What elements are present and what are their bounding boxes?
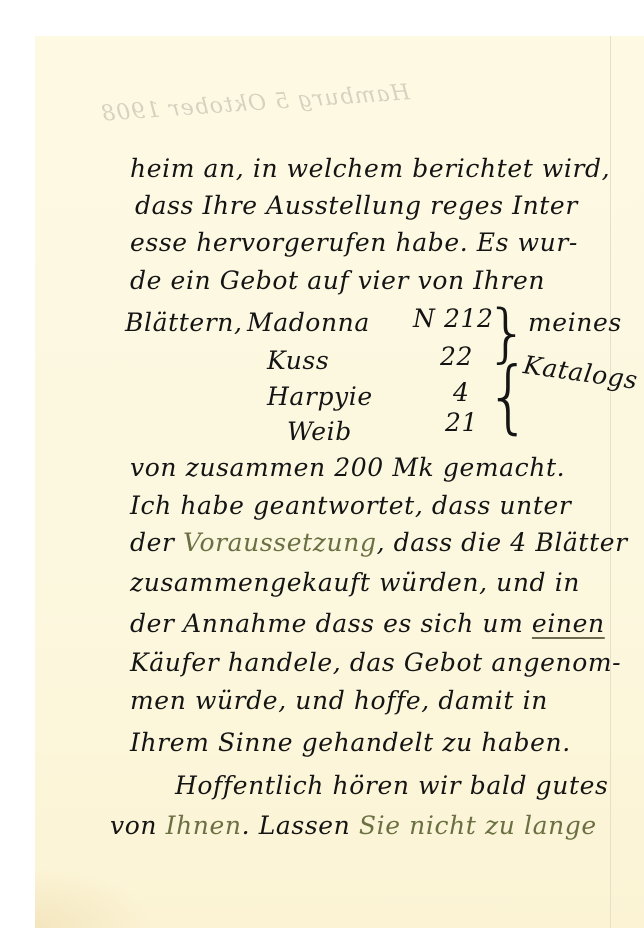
- letter-line-1: heim an, in welchem berichtet wird,: [130, 154, 610, 183]
- bleed-through-heading: Hamburg 5 Oktober 1908: [100, 80, 411, 127]
- listing-title-kuss: Kuss: [267, 346, 329, 375]
- letter-line-4: de ein Gebot auf vier von Ihren: [130, 266, 545, 295]
- letter-line-3: esse hervorgerufen habe. Es wur-: [130, 228, 578, 257]
- brace-icon-lower: }: [483, 350, 529, 442]
- listing-number-21: 21: [445, 408, 478, 437]
- letter-line-10: Käufer handele, das Gebot angenom-: [130, 648, 621, 677]
- listing-title-madonna: Madonna: [247, 308, 370, 337]
- text-der-annahme: der Annahme dass es sich um: [130, 609, 532, 638]
- letter-line-13: Hoffentlich hören wir bald gutes: [175, 771, 608, 800]
- letter-line-14: von Ihnen. Lassen Sie nicht zu lange: [110, 811, 597, 840]
- listing-number-22: 22: [440, 342, 473, 371]
- letter-line-12: Ihrem Sinne gehandelt zu haben.: [130, 728, 571, 757]
- listing-lead: Blättern,: [125, 308, 243, 337]
- text-von: von: [110, 811, 166, 840]
- text-der: der: [130, 528, 183, 557]
- text-einen-underlined: einen: [532, 609, 605, 638]
- listing-title-weib: Weib: [287, 417, 352, 446]
- bracket-note-meines: meines: [528, 308, 622, 337]
- letter-line-8: zusammengekauft würden, und in: [130, 568, 580, 597]
- text-lassen: . Lassen: [242, 811, 359, 840]
- letter-line-7: der Voraussetzung, dass die 4 Blätter: [130, 528, 628, 557]
- text-voraussetzung: Voraussetzung: [183, 528, 376, 557]
- listing-title-harpyie: Harpyie: [267, 382, 373, 411]
- letter-line-11: men würde, und hoffe, damit in: [130, 686, 548, 715]
- letter-line-2: dass Ihre Ausstellung reges Inter: [135, 191, 578, 220]
- letter-line-6: Ich habe geantwortet, dass unter: [130, 491, 571, 520]
- letter-paper: Hamburg 5 Oktober 1908 heim an, in welch…: [35, 36, 644, 928]
- listing-number-212: N 212: [413, 304, 494, 333]
- text-ihnen: Ihnen: [166, 811, 242, 840]
- text-sie-nicht-zu-lange: Sie nicht zu lange: [359, 811, 597, 840]
- bracket-note-katalogs: Katalogs: [522, 350, 640, 395]
- letter-line-5: von zusammen 200 Mk gemacht.: [130, 453, 565, 482]
- listing-number-4: 4: [453, 378, 470, 407]
- letter-line-9: der Annahme dass es sich um einen: [130, 609, 605, 638]
- text-dass-die-4-blaetter: , dass die 4 Blätter: [377, 528, 628, 557]
